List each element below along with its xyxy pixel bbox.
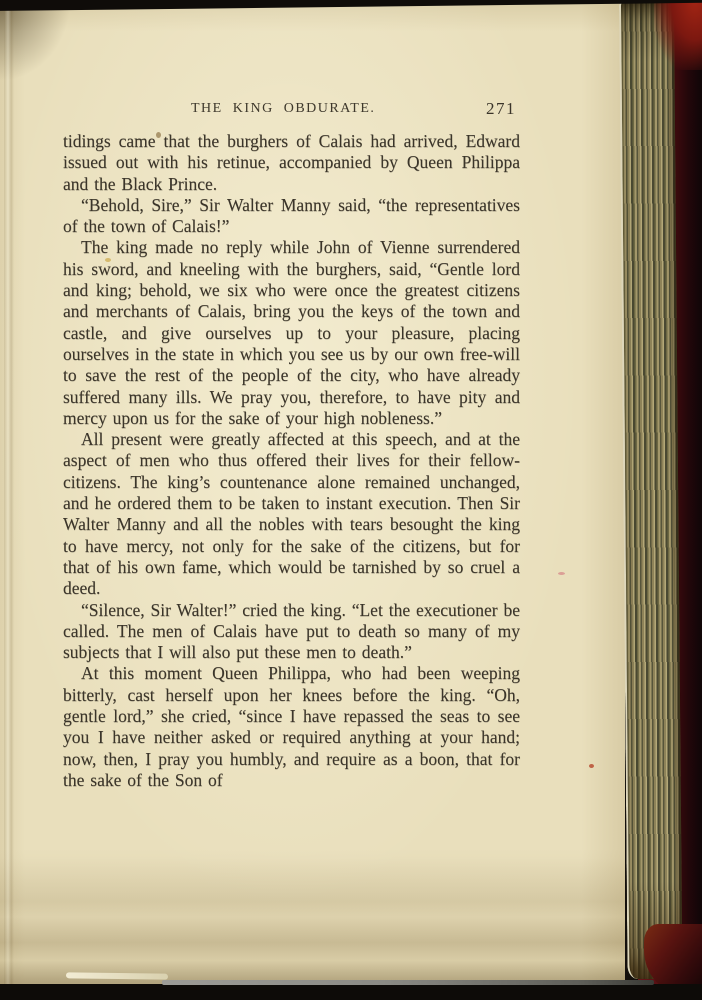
- running-head: THE KING OBDURATE. 271: [63, 99, 520, 123]
- running-title: THE KING OBDURATE.: [191, 101, 375, 117]
- page-body-text: tidings came that the burghers of Calais…: [63, 131, 520, 791]
- paragraph-6: At this moment Queen Philippa, who had b…: [63, 663, 520, 791]
- paragraph-2: “Behold, Sire,” Sir Walter Manny said, “…: [63, 195, 520, 238]
- paper-speck: [558, 572, 565, 575]
- book-cover-top-corner: [654, 0, 702, 70]
- paragraph-5: “Silence, Sir Walter!” cried the king. “…: [63, 600, 520, 664]
- photo-bottom-border: [0, 984, 702, 1000]
- paragraph-4: All present were greatly affected at thi…: [63, 429, 520, 599]
- book-page: THE KING OBDURATE. 271 tidings came that…: [0, 2, 625, 986]
- paper-speck: [589, 764, 594, 768]
- page-curl-shadow: [0, 858, 625, 986]
- page-number: 271: [486, 99, 516, 119]
- page-crease: [4, 2, 14, 986]
- table-edge-highlight: [162, 980, 654, 985]
- page-stack-fore-edge: [619, 3, 683, 979]
- paragraph-1: tidings came that the burghers of Calais…: [63, 131, 520, 195]
- paragraph-3: The king made no reply while John of Vie…: [63, 237, 520, 429]
